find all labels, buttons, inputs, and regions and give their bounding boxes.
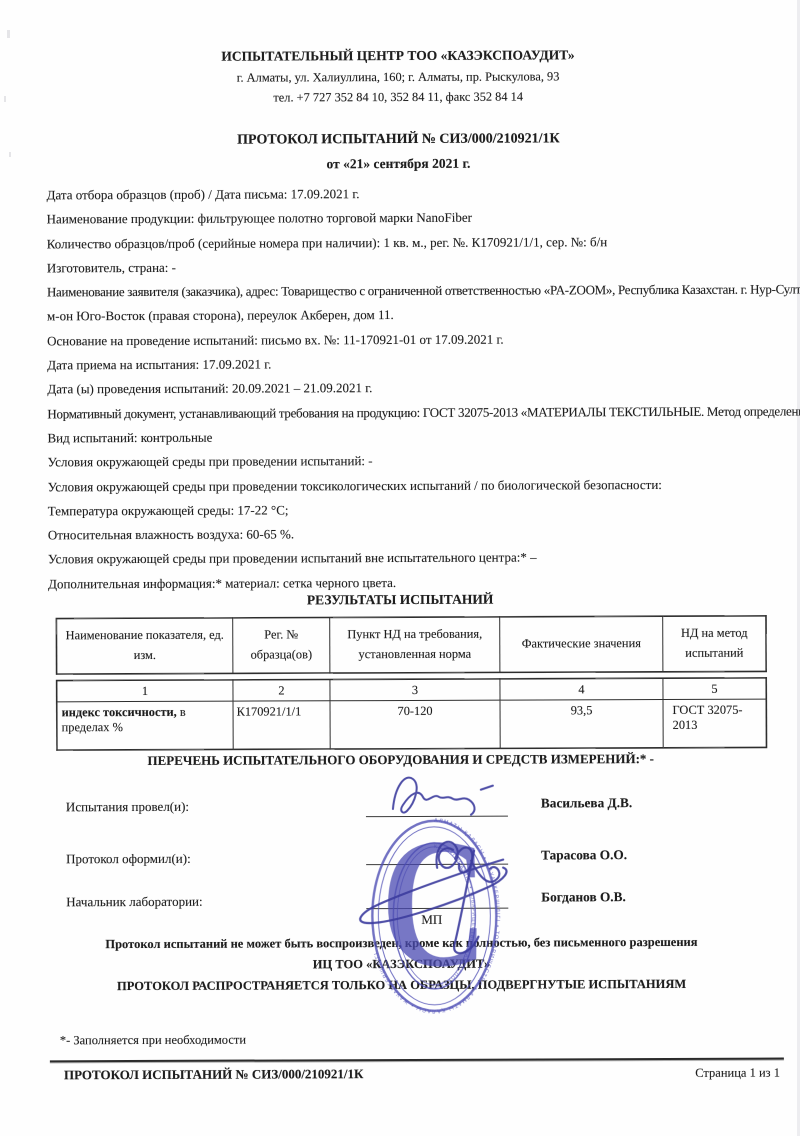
table-col-number: 3 [330,679,500,701]
stamp-center-letter: С [380,801,488,1006]
table-col-number: 5 [663,678,766,699]
signature-name-tester: Васильева Д.В. [541,795,632,811]
signature-ink-compiler [436,842,499,883]
detail-line: Дата приема на испытания: 17.09.2021 г. [47,355,795,382]
table-header-cell: Рег. № образца(ов) [233,618,330,673]
detail-line: Дата (ы) проведения испытаний: 20.09.202… [47,379,795,406]
table-cell-method: ГОСТ 32075-2013 [663,699,766,747]
detail-line: Вид испытаний: контрольные [47,427,795,454]
org-address: г. Алматы, ул. Халиуллина, 160; г. Алмат… [0,68,798,86]
protocol-date: от «21» сентября 2021 г. [0,154,798,173]
detail-line: Условия окружающей среды при проведении … [48,476,796,503]
detail-line: Условия окружающей среды при проведении … [48,549,796,576]
signature-line [366,864,508,866]
table-header-cell: Наименование показателя, ед. изм. [57,618,233,674]
table-header-cell: Пункт НД на требования, установленная но… [330,617,500,673]
signature-line [366,816,508,818]
scanned-protocol-page: ИСПЫТАТЕЛЬНЫЙ ЦЕНТР ТОО «КАЗЭКСПОАУДИТ» … [0,0,800,1136]
table-col-number: 2 [233,680,330,701]
table-header-cell: Фактические значения [500,616,663,672]
detail-line: Изготовитель, страна: - [47,257,795,284]
indicator-name: индекс токсичности, [62,705,177,719]
notice-line: Протокол испытаний не может быть воспрои… [1,934,800,952]
detail-line: Относительная влажность воздуха: 60-65 %… [48,525,796,552]
signature-label-compiler: Протокол оформил(и): [66,851,191,867]
equipment-heading: ПЕРЕЧЕНЬ ИСПЫТАТЕЛЬНОГО ОБОРУДОВАНИЯ И С… [1,750,800,769]
table-col-number: 4 [500,678,663,700]
notice-line: ПРОТОКОЛ РАСПРОСТРАНЯЕТСЯ ТОЛЬКО НА ОБРА… [2,976,800,994]
detail-line: Дата отбора образцов (проб) / Дата письм… [47,184,795,211]
table-cell-indicator: индекс токсичности, в пределах % [57,701,233,750]
signature-name-head: Богданов О.В. [541,889,626,905]
protocol-title: ПРОТОКОЛ ИСПЫТАНИЙ № СИЗ/000/210921/1К [0,130,798,149]
footer-page-info: Страница 1 из 1 [695,1066,780,1081]
table-cell-norm: 70-120 [330,700,500,749]
signature-label-head: Начальник лаборатории: [66,894,202,911]
footer-doc-ref: ПРОТОКОЛ ИСПЫТАНИЙ № СИЗ/000/210921/1К [64,1066,364,1083]
signature-label-tester: Испытания провел(и): [66,799,189,815]
org-phone: тел. +7 727 352 84 10, 352 84 11, факс 3… [0,88,798,106]
detail-line: м-он Юго-Восток (правая сторона), переул… [47,306,795,333]
signature-ink-tester [393,777,493,815]
notice-line: ИЦ ТОО «КАЗЭКСПОАУДИТ» [1,955,800,973]
document-content: ИСПЫТАТЕЛЬНЫЙ ЦЕНТР ТОО «КАЗЭКСПОАУДИТ» … [0,0,800,1136]
results-table-header: Наименование показателя, ед. изм. Рег. №… [56,616,766,675]
table-cell-actual-value: 93,5 [500,699,663,748]
stamp-mark: МП [421,912,442,928]
detail-line: Нормативный документ, устанавливающий тр… [47,403,795,430]
signature-line [366,908,508,910]
detail-line: Условия окружающей среды при проведении … [48,452,796,479]
footer-rule [50,1058,784,1063]
detail-line: Основание на проведение испытаний: письм… [47,330,795,357]
signature-name-compiler: Тарасова О.О. [541,847,627,863]
detail-lines: Дата отбора образцов (проб) / Дата письм… [47,184,797,600]
table-cell-reg-no: К170921/1/1 [233,701,330,749]
org-name: ИСПЫТАТЕЛЬНЫЙ ЦЕНТР ТОО «КАЗЭКСПОАУДИТ» [0,46,798,65]
footnote: *- Заполняется при необходимости [60,1033,246,1049]
detail-line: Температура окружающей среды: 17-22 °С; [48,500,796,527]
detail-line: Наименование продукции: фильтрующее поло… [47,209,795,236]
detail-line: Наименование заявителя (заказчика), адре… [47,282,795,309]
results-heading: РЕЗУЛЬТАТЫ ИСПЫТАНИЙ [0,590,800,609]
results-table-body: 1 2 3 4 5 индекс токсичности, в пределах… [56,678,766,751]
table-header-cell: НД на метод испытаний [663,616,766,671]
table-col-number: 1 [57,680,233,702]
detail-line: Количество образцов/проб (серийные номер… [47,233,795,260]
